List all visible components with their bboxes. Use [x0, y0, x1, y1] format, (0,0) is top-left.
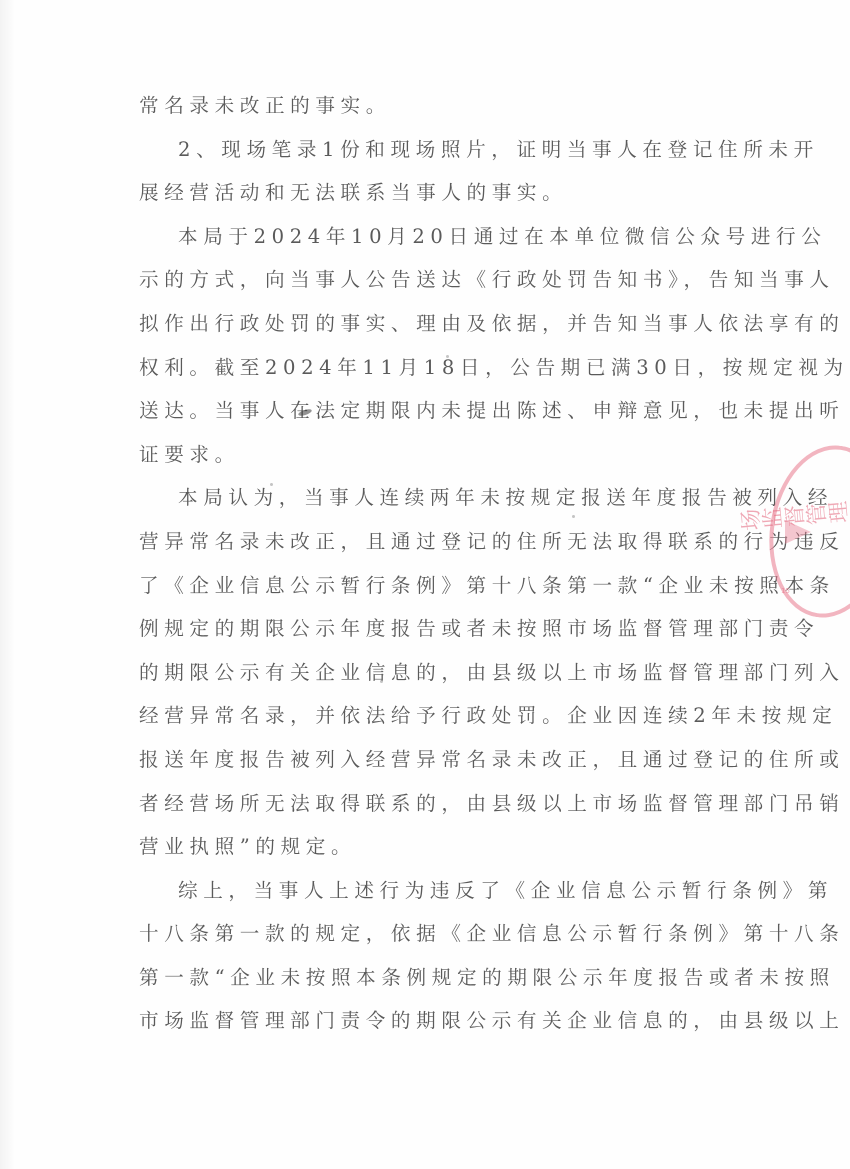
scan-edge-shadow [0, 0, 14, 1169]
seal-star-icon [785, 520, 811, 544]
seal-number: 15 [781, 587, 790, 595]
text-line: 十八条第一款的规定，依据《企业信息公示暂行条例》第十八条 [139, 912, 711, 956]
text-line: 例规定的期限公示年度报告或者未按照市场监督管理部门责令 [139, 607, 711, 651]
text-line: 示的方式，向当事人公告送达《行政处罚告知书》，告知当事人 [139, 258, 711, 302]
scanned-document-page: 常名录未改正的事实。 2、现场笔录1份和现场照片，证明当事人在登记住所未开 展经… [0, 0, 850, 1169]
text-line: 常名录未改正的事实。 [139, 84, 711, 128]
text-line: 送达。当事人在法定期限内未提出陈述、申辩意见，也未提出听 [139, 389, 711, 433]
text-line: 综上，当事人上述行为违反了《企业信息公示暂行条例》第 [139, 869, 711, 913]
text-line: 拟作出行政处罚的事实、理由及依据，并告知当事人依法享有的 [139, 302, 711, 346]
text-line: 展经营活动和无法联系当事人的事实。 [139, 171, 711, 215]
text-line: 的期限公示有关企业信息的，由县级以上市场监督管理部门列入 [139, 651, 711, 695]
scan-speck [572, 515, 575, 518]
text-line: 权利。截至2024年11月18日，公告期已满30日，按规定视为 [139, 346, 711, 390]
text-line: 本局认为，当事人连续两年未按规定报送年度报告被列入经 [139, 476, 711, 520]
text-line: 营异常名录未改正，且通过登记的住所无法取得联系的行为违反 [139, 520, 711, 564]
text-line: 市场监督管理部门责令的期限公示有关企业信息的，由县级以上 [139, 999, 711, 1043]
scan-speck [270, 483, 273, 486]
scan-speck [380, 680, 383, 683]
text-line: 证要求。 [139, 433, 711, 477]
text-line: 营业执照”的规定。 [139, 825, 711, 869]
text-line: 本局于2024年10月20日通过在本单位微信公众号进行公 [139, 215, 711, 259]
text-line: 者经营场所无法取得联系的，由县级以上市场监督管理部门吊销 [139, 782, 711, 826]
scan-speck [446, 355, 449, 358]
document-body: 常名录未改正的事实。 2、现场笔录1份和现场照片，证明当事人在登记住所未开 展经… [139, 84, 711, 1043]
text-line: 了《企业信息公示暂行条例》第十八条第一款“企业未按照本条 [139, 564, 711, 608]
text-line: 经营异常名录，并依法给予行政处罚。企业因连续2年未按规定 [139, 694, 711, 738]
text-line: 第一款“企业未按照本条例规定的期限公示年度报告或者未按照 [139, 956, 711, 1000]
text-line: 2、现场笔录1份和现场照片，证明当事人在登记住所未开 [139, 128, 711, 172]
text-line: 报送年度报告被列入经营异常名录未改正，且通过登记的住所或 [139, 738, 711, 782]
